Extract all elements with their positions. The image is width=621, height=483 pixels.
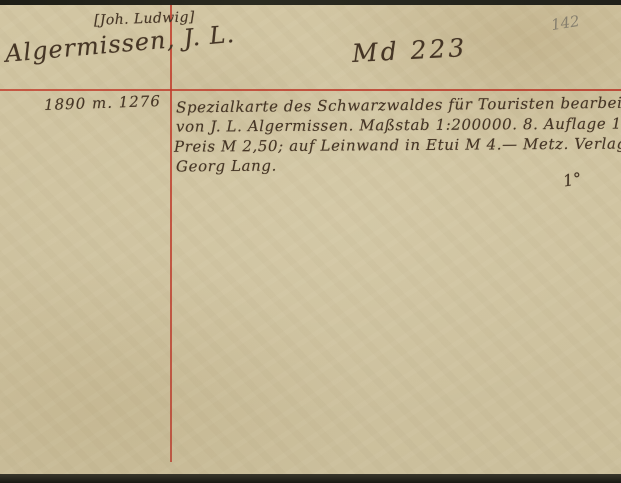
scan-edge-bottom: [0, 474, 621, 483]
scan-edge-top: [0, 0, 621, 5]
shelfmark: Md 223: [351, 33, 468, 68]
catalog-card-scan: [Joh. Ludwig] Algermissen, J. L. Md 223 …: [0, 0, 621, 483]
entry-line-3: Preis M 2,50; auf Leinwand in Etui M 4.—…: [174, 134, 621, 155]
horizontal-red-rule: [0, 89, 621, 91]
vertical-red-rule: [170, 5, 172, 462]
format-mark: 1°: [561, 168, 583, 190]
paper-texture: [0, 0, 621, 483]
entry-line-2: von J. L. Algermissen. Maßstab 1:200000.…: [176, 114, 621, 135]
entry-line-4: Georg Lang.: [176, 157, 277, 176]
